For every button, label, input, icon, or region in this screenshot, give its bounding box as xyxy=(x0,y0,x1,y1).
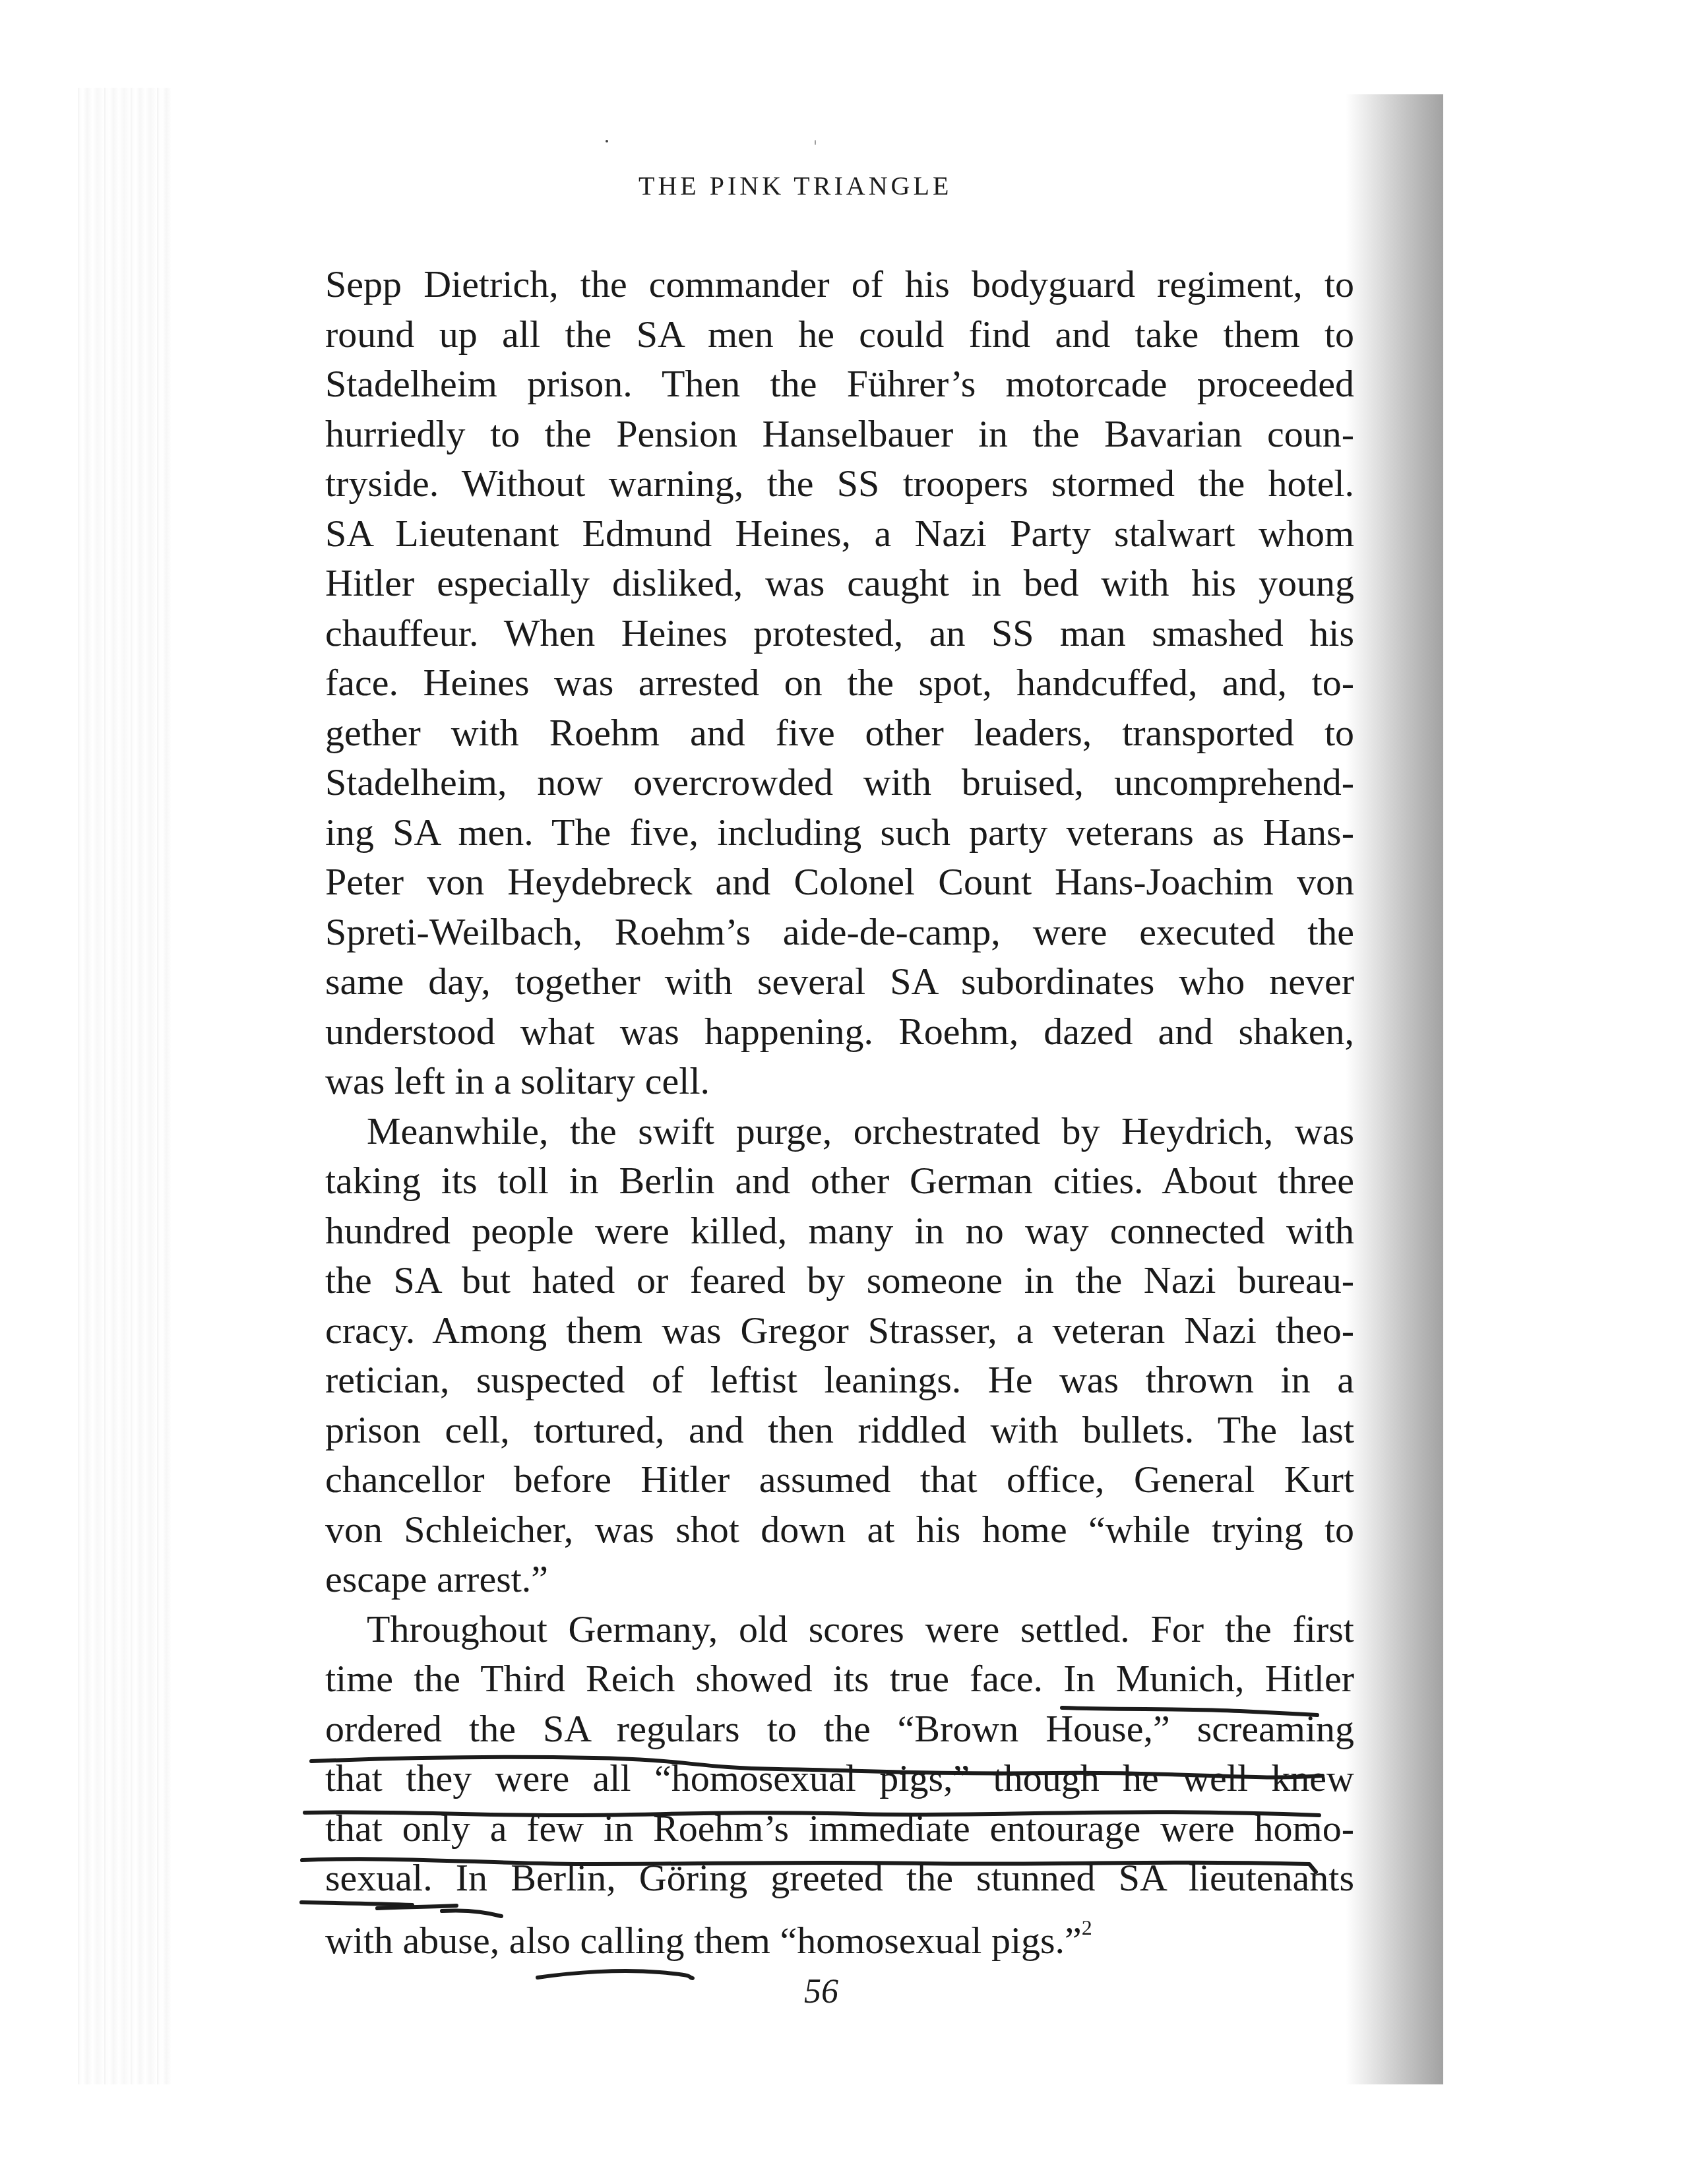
speck xyxy=(606,140,608,142)
text-line: Peter von Heydebreck and Colonel Count H… xyxy=(325,857,1354,907)
running-head: THE PINK TRIANGLE xyxy=(639,170,873,202)
text-line: Spreti-Weilbach, Roehm’s aide-de-camp, w… xyxy=(325,907,1354,957)
text-line: prison cell, tortured, and then riddled … xyxy=(325,1405,1354,1455)
text-line: hurriedly to the Pension Hanselbauer in … xyxy=(325,409,1354,459)
text-line: ing SA men. The five, including such par… xyxy=(325,807,1354,858)
text-line: sexual. In Berlin, Göring greeted the st… xyxy=(325,1853,1354,1903)
binding-shadow xyxy=(1346,94,1443,2084)
text-line: taking its toll in Berlin and other Germ… xyxy=(325,1156,1354,1206)
text-line: Stadelheim, now overcrowded with bruised… xyxy=(325,757,1354,807)
text-line-paragraph-start: Throughout Germany, old scores were sett… xyxy=(325,1604,1354,1654)
text-line: time the Third Reich showed its true fac… xyxy=(325,1654,1354,1704)
final-sentence: with abuse, also calling them “homosexua… xyxy=(325,1919,1082,1962)
text-line-paragraph-end: with abuse, also calling them “homosexua… xyxy=(325,1903,1354,1953)
text-line: chauffeur. When Heines protested, an SS … xyxy=(325,608,1354,658)
text-line: SA Lieutenant Edmund Heines, a Nazi Part… xyxy=(325,509,1354,559)
text-line: that they were all “homosexual pigs,” th… xyxy=(325,1753,1354,1803)
text-line: von Schleicher, was shot down at his hom… xyxy=(325,1505,1354,1555)
footnote-reference: 2 xyxy=(1082,1916,1092,1939)
text-line: tryside. Without warning, the SS trooper… xyxy=(325,458,1354,509)
text-line: gether with Roehm and five other leaders… xyxy=(325,708,1354,758)
left-page-edge-noise xyxy=(78,88,171,2084)
text-line: face. Heines was arrested on the spot, h… xyxy=(325,658,1354,708)
text-line-paragraph-end: escape arrest.” xyxy=(325,1554,1354,1604)
text-line: that only a few in Roehm’s immediate ent… xyxy=(325,1803,1354,1854)
text-line: understood what was happening. Roehm, da… xyxy=(325,1007,1354,1057)
text-line: round up all the SA men he could find an… xyxy=(325,309,1354,359)
text-line-paragraph-start: Meanwhile, the swift purge, orchestrated… xyxy=(325,1106,1354,1156)
text-line: chancellor before Hitler assumed that of… xyxy=(325,1454,1354,1505)
text-line: Hitler especially disliked, was caught i… xyxy=(325,558,1354,608)
text-line: retician, suspected of leftist leanings.… xyxy=(325,1355,1354,1405)
text-line: the SA but hated or feared by someone in… xyxy=(325,1255,1354,1305)
page-number: 56 xyxy=(792,1972,851,2011)
body-text: Sepp Dietrich, the commander of his body… xyxy=(325,259,1354,1952)
text-line: ordered the SA regulars to the “Brown Ho… xyxy=(325,1704,1354,1754)
text-line: Stadelheim prison. Then the Führer’s mot… xyxy=(325,359,1354,409)
speck xyxy=(815,140,816,145)
text-line-paragraph-end: was left in a solitary cell. xyxy=(325,1056,1354,1106)
text-line: same day, together with several SA subor… xyxy=(325,956,1354,1007)
text-line: cracy. Among them was Gregor Strasser, a… xyxy=(325,1305,1354,1356)
text-line: hundred people were killed, many in no w… xyxy=(325,1206,1354,1256)
text-line: Sepp Dietrich, the commander of his body… xyxy=(325,259,1354,309)
